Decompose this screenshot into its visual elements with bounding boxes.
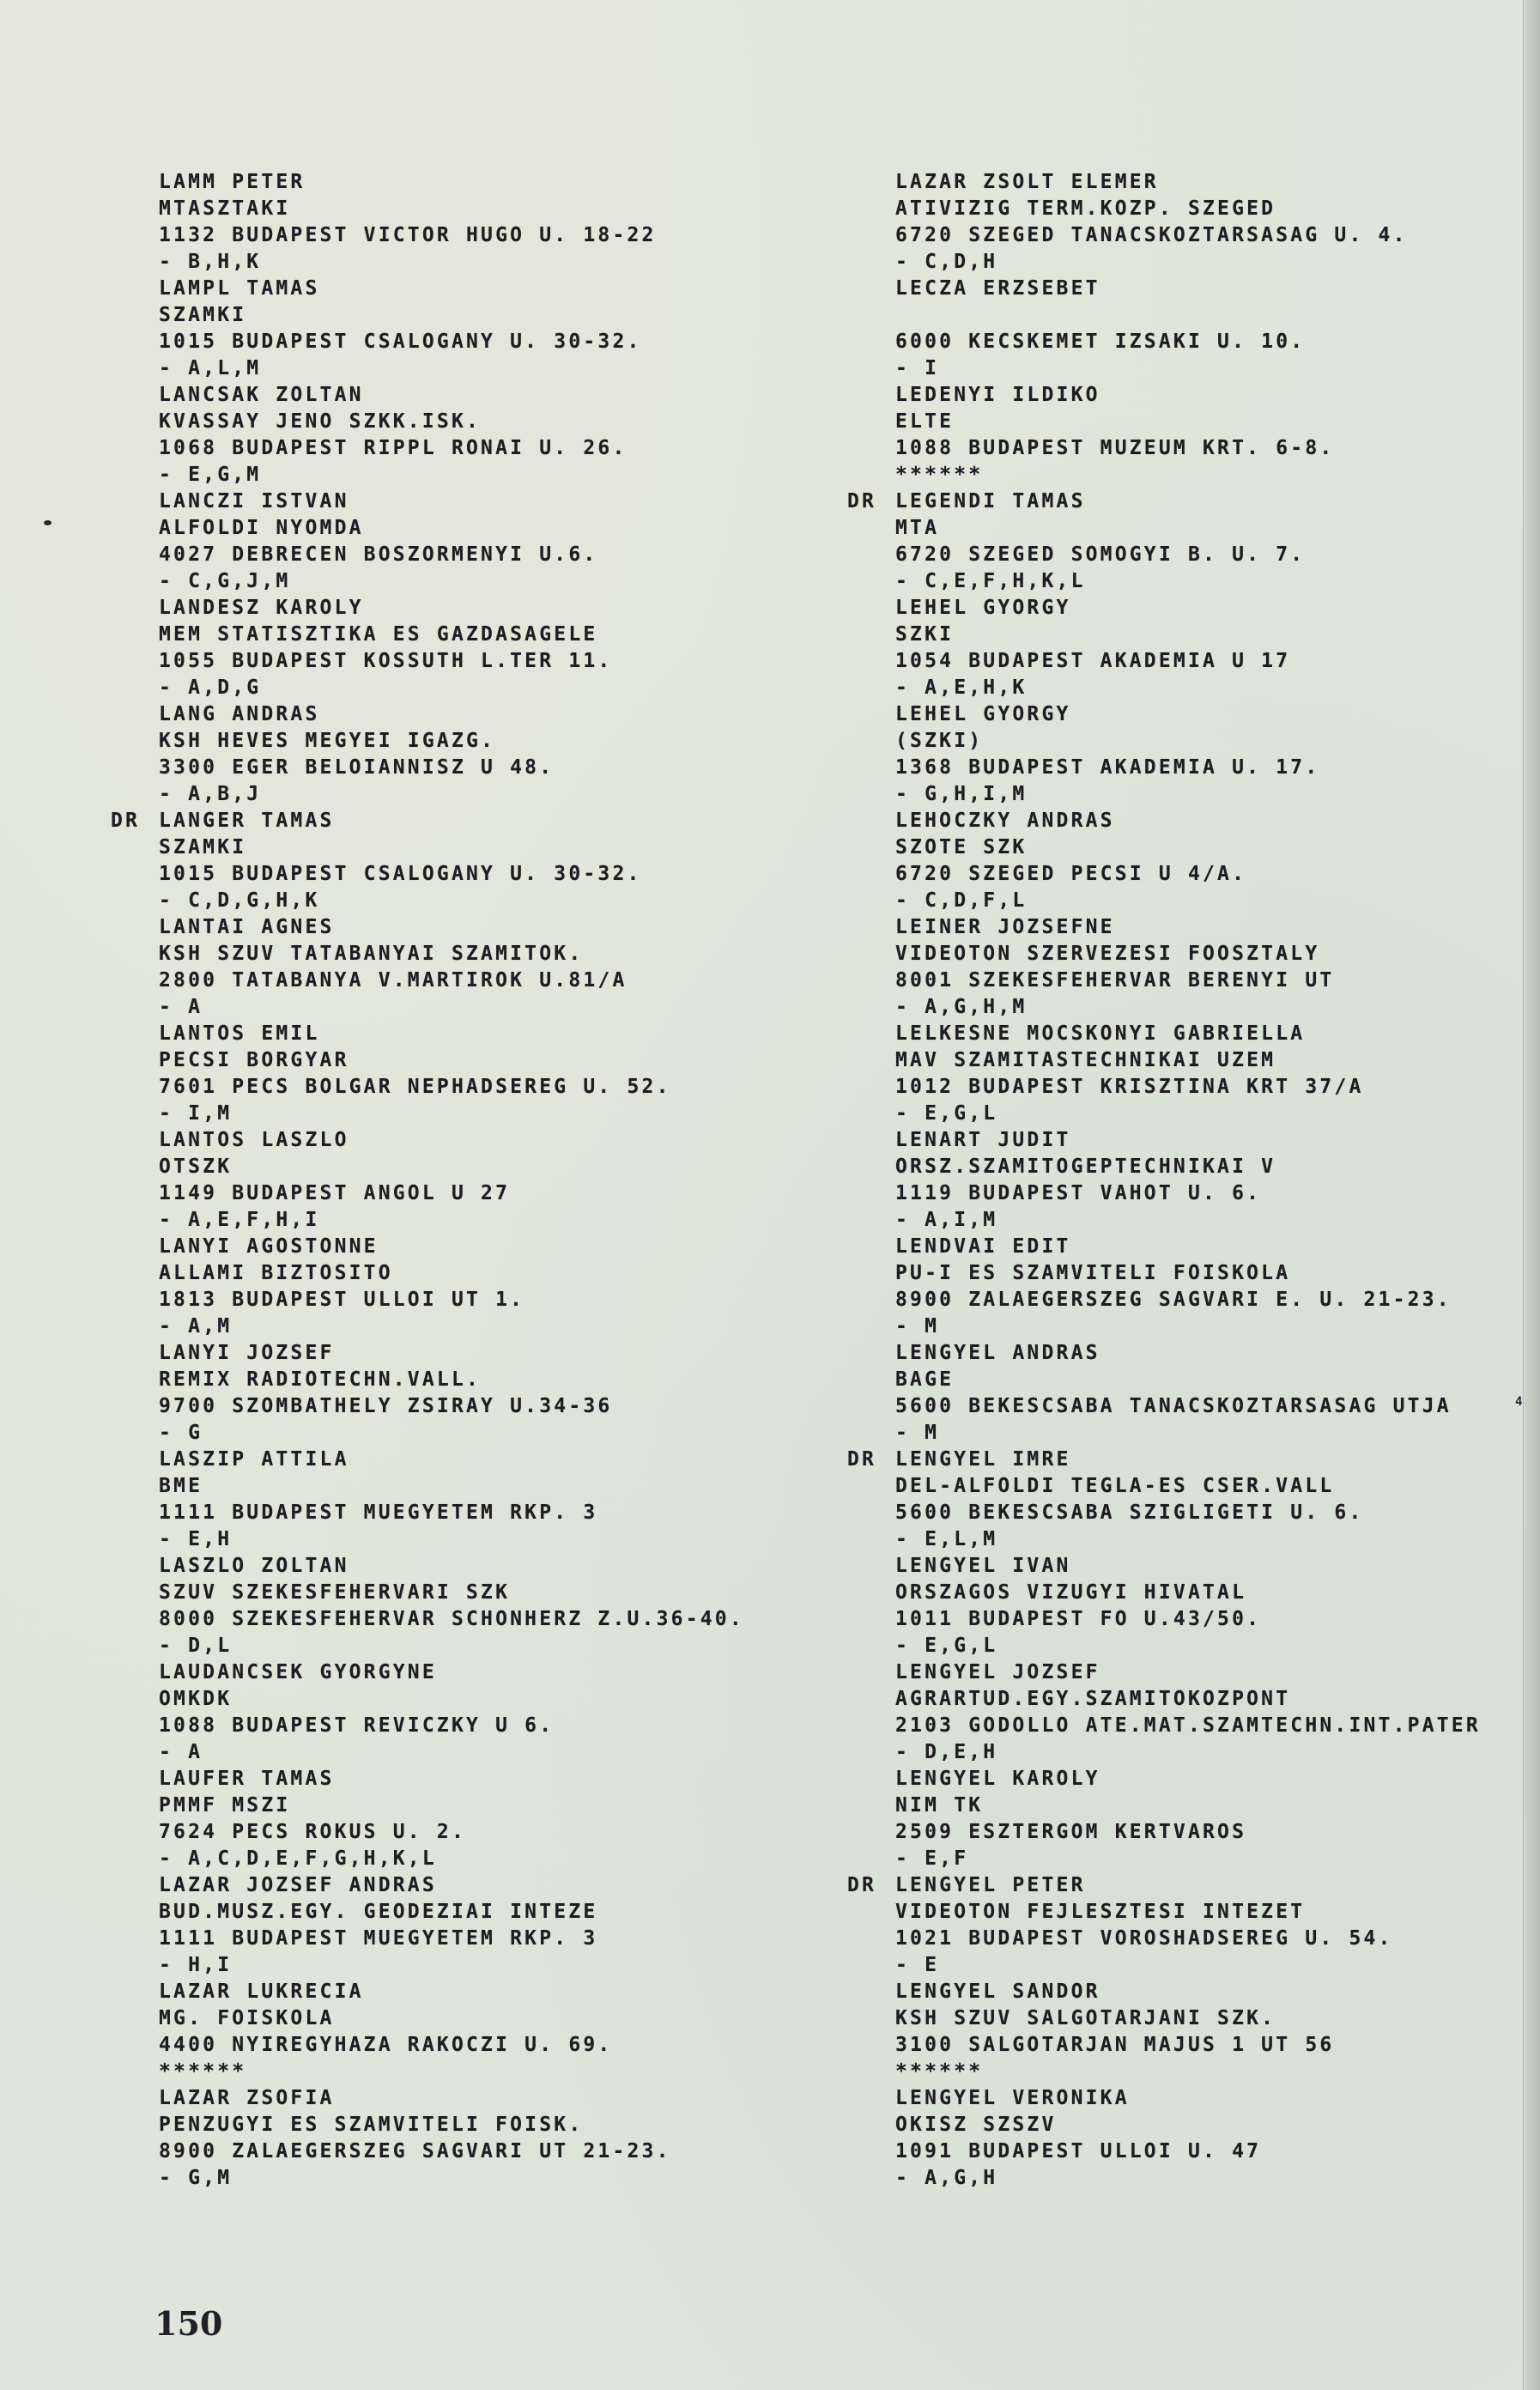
directory-entry: DRLENGYEL IMREDEL-ALFOLDI TEGLA-ES CSER.… (895, 1447, 1481, 1553)
entry-codes: - M (895, 1420, 1481, 1447)
entry-name: LEHEL GYORGY (895, 595, 1481, 622)
entry-name-text: LELKESNE MOCSKONYI GABRIELLA (895, 1022, 1305, 1045)
entry-name: LAMPL TAMAS (159, 276, 744, 302)
entry-organization-text: BME (159, 1475, 203, 1497)
entry-address: 4400 NYIREGYHAZA RAKOCZI U. 69. (159, 2032, 744, 2059)
entry-address-text: 3300 EGER BELOIANNISZ U 48. (159, 756, 554, 779)
entry-codes: - A,L,M (159, 355, 744, 382)
entry-organization (895, 302, 1481, 329)
entry-organization: BAGE (895, 1367, 1481, 1393)
entry-codes: - E,G,L (895, 1101, 1481, 1127)
entry-codes-text: ****** (159, 2060, 246, 2083)
entry-address: 8000 SZEKESFEHERVAR SCHONHERZ Z.U.36-40. (159, 1606, 744, 1633)
entry-address: 6000 KECSKEMET IZSAKI U. 10. (895, 329, 1481, 355)
directory-entry: LAZAR ZSOLT ELEMERATIVIZIG TERM.KOZP. SZ… (895, 169, 1481, 276)
directory-column-left: LAMM PETERMTASZTAKI1132 BUDAPEST VICTOR … (159, 169, 744, 2192)
entry-address: 6720 SZEGED SOMOGYI B. U. 7. (895, 542, 1481, 568)
entry-codes: - A,G,H,M (895, 994, 1481, 1021)
entry-name: LENGYEL IVAN (895, 1553, 1481, 1580)
entry-codes: - C,E,F,H,K,L (895, 568, 1481, 595)
entry-address: 9700 SZOMBATHELY ZSIRAY U.34-36 (159, 1393, 744, 1420)
entry-name-text: LANCSAK ZOLTAN (159, 384, 364, 406)
entry-codes-text: - A,L,M (159, 357, 261, 379)
entry-name: LASZIP ATTILA (159, 1447, 744, 1473)
entry-organization: MAV SZAMITASTECHNIKAI UZEM (895, 1047, 1481, 1074)
entry-organization-text: MAV SZAMITASTECHNIKAI UZEM (895, 1049, 1276, 1071)
entry-organization: SZOTE SZK (895, 834, 1481, 861)
entry-codes: - H,I (159, 1952, 744, 1979)
entry-address-text: 3100 SALGOTARJAN MAJUS 1 UT 56 (895, 2034, 1334, 2056)
entry-address: 8001 SZEKESFEHERVAR BERENYI UT (895, 968, 1481, 994)
entry-organization-text: MG. FOISKOLA (159, 2007, 335, 2029)
entry-organization-text: PU-I ES SZAMVITELI FOISKOLA (895, 1262, 1290, 1284)
entry-organization: MTASZTAKI (159, 196, 744, 222)
entry-organization: BME (159, 1473, 744, 1500)
entry-address-text: 1021 BUDAPEST VOROSHADSEREG U. 54. (895, 1927, 1393, 1950)
entry-name-text: LENGYEL VERONIKA (895, 2087, 1130, 2109)
directory-entry: LANG ANDRASKSH HEVES MEGYEI IGAZG.3300 E… (159, 701, 744, 808)
entry-name: DRLEGENDI TAMAS (895, 488, 1481, 515)
entry-address-text: 1068 BUDAPEST RIPPL RONAI U. 26. (159, 437, 628, 459)
entry-codes: - D,L (159, 1633, 744, 1659)
entry-name-text: LENGYEL IVAN (895, 1555, 1071, 1577)
ink-speck (44, 520, 52, 525)
entry-organization: ORSZAGOS VIZUGYI HIVATAL (895, 1580, 1481, 1606)
entry-codes-text: - A,G,H (895, 2167, 997, 2189)
entry-name-text: LAMM PETER (159, 171, 305, 193)
entry-address: 1015 BUDAPEST CSALOGANY U. 30-32. (159, 329, 744, 355)
entry-organization: KVASSAY JENO SZKK.ISK. (159, 409, 744, 435)
entry-codes-text: - E,G,L (895, 1635, 997, 1657)
entry-organization-text: KSH SZUV SALGOTARJANI SZK. (895, 2007, 1276, 2029)
entry-name: LANTOS EMIL (159, 1021, 744, 1047)
entry-codes-text: - M (895, 1315, 939, 1338)
entry-organization: KSH SZUV SALGOTARJANI SZK. (895, 2005, 1481, 2032)
entry-name-text: LAUDANCSEK GYORGYNE (159, 1661, 437, 1683)
entry-codes-text: - A (159, 1741, 203, 1763)
entry-name-text: LAZAR ZSOFIA (159, 2087, 335, 2109)
directory-entry: DRLENGYEL PETERVIDEOTON FEJLESZTESI INTE… (895, 1872, 1481, 1979)
entry-codes-text: - C,D,G,H,K (159, 889, 320, 912)
directory-entry: LENGYEL JOZSEFAGRARTUD.EGY.SZAMITOKOZPON… (895, 1659, 1481, 1766)
entry-codes: - M (895, 1313, 1481, 1340)
entry-organization-text: OMKDK (159, 1688, 232, 1710)
title-prefix: DR (847, 488, 876, 515)
entry-address: 6720 SZEGED PECSI U 4/A. (895, 861, 1481, 888)
entry-organization: MTA (895, 515, 1481, 542)
entry-name-text: LENART JUDIT (895, 1129, 1071, 1151)
entry-name: LAMM PETER (159, 169, 744, 196)
entry-address: 1091 BUDAPEST ULLOI U. 47 (895, 2138, 1481, 2165)
entry-name: LENGYEL JOZSEF (895, 1659, 1481, 1686)
entry-organization: NIM TK (895, 1793, 1481, 1819)
entry-name: LANCSAK ZOLTAN (159, 382, 744, 409)
directory-entry: LEHOCZKY ANDRASSZOTE SZK6720 SZEGED PECS… (895, 808, 1481, 914)
entry-organization-text: ORSZ.SZAMITOGEPTECHNIKAI V (895, 1156, 1276, 1178)
entry-organization-text: DEL-ALFOLDI TEGLA-ES CSER.VALL (895, 1475, 1334, 1497)
entry-address-text: 7624 PECS ROKUS U. 2. (159, 1821, 466, 1843)
entry-organization: ELTE (895, 409, 1481, 435)
entry-organization-text: BAGE (895, 1368, 954, 1391)
entry-address-text: 1054 BUDAPEST AKADEMIA U 17 (895, 650, 1290, 672)
entry-name-text: LAZAR ZSOLT ELEMER (895, 171, 1159, 193)
entry-codes-text: - A,E,F,H,I (159, 1209, 320, 1231)
entry-address: 6720 SZEGED TANACSKOZTARSASAG U. 4. (895, 222, 1481, 249)
entry-codes: - A,D,G (159, 675, 744, 701)
entry-address-text: 1149 BUDAPEST ANGOL U 27 (159, 1182, 510, 1204)
entry-codes: - E,F (895, 1846, 1481, 1872)
entry-address-text: 4027 DEBRECEN BOSZORMENYI U.6. (159, 543, 597, 566)
entry-address-text: 1055 BUDAPEST KOSSUTH L.TER 11. (159, 650, 612, 672)
entry-organization: OMKDK (159, 1686, 744, 1713)
entry-codes-text: - D,L (159, 1635, 232, 1657)
entry-organization-text: PECSI BORGYAR (159, 1049, 349, 1071)
entry-address: 1088 BUDAPEST MUZEUM KRT. 6-8. (895, 435, 1481, 462)
directory-entry: LENGYEL SANDORKSH SZUV SALGOTARJANI SZK.… (895, 1979, 1481, 2085)
entry-address: 1055 BUDAPEST KOSSUTH L.TER 11. (159, 648, 744, 675)
entry-address-text: 1015 BUDAPEST CSALOGANY U. 30-32. (159, 863, 642, 885)
entry-address-text: 8900 ZALAEGERSZEG SAGVARI E. U. 21-23. (895, 1289, 1452, 1311)
entry-name: DRLENGYEL PETER (895, 1872, 1481, 1899)
entry-name: LENGYEL SANDOR (895, 1979, 1481, 2005)
entry-name-text: LASZIP ATTILA (159, 1448, 349, 1471)
entry-address-text: 6720 SZEGED TANACSKOZTARSASAG U. 4. (895, 224, 1408, 246)
entry-organization-text: REMIX RADIOTECHN.VALL. (159, 1368, 481, 1391)
entry-codes-text: - E,G,M (159, 464, 261, 486)
entry-address: 1011 BUDAPEST FO U.43/50. (895, 1606, 1481, 1633)
entry-address: 2800 TATABANYA V.MARTIROK U.81/A (159, 968, 744, 994)
entry-address-text: 1011 BUDAPEST FO U.43/50. (895, 1608, 1261, 1630)
entry-name-text: LAZAR LUKRECIA (159, 1981, 364, 2003)
entry-organization-text: ORSZAGOS VIZUGYI HIVATAL (895, 1581, 1246, 1604)
entry-codes-text: - A,I,M (895, 1209, 997, 1231)
entry-codes-text: - E (895, 1954, 939, 1976)
entry-organization: SZUV SZEKESFEHERVARI SZK (159, 1580, 744, 1606)
entry-organization: KSH HEVES MEGYEI IGAZG. (159, 728, 744, 755)
directory-entry: LENGYEL KAROLYNIM TK2509 ESZTERGOM KERTV… (895, 1766, 1481, 1872)
entry-codes: - E,G,L (895, 1633, 1481, 1659)
entry-organization: OTSZK (159, 1154, 744, 1180)
entry-codes: - B,H,K (159, 249, 744, 276)
entry-codes-text: - C,D,F,L (895, 889, 1027, 912)
entry-organization-text: OTSZK (159, 1156, 232, 1178)
entry-codes-text: ****** (895, 464, 983, 486)
entry-codes-text: - I (895, 357, 939, 379)
directory-entry: DRLEGENDI TAMASMTA6720 SZEGED SOMOGYI B.… (895, 488, 1481, 595)
entry-organization-text: KSH HEVES MEGYEI IGAZG. (159, 730, 495, 752)
entry-address: 8900 ZALAEGERSZEG SAGVARI E. U. 21-23. (895, 1287, 1481, 1313)
entry-name-text: LAUFER TAMAS (159, 1768, 335, 1790)
directory-entry: LANCSAK ZOLTANKVASSAY JENO SZKK.ISK.1068… (159, 382, 744, 488)
entry-organization: PENZUGYI ES SZAMVITELI FOISK. (159, 2112, 744, 2138)
entry-address: 1088 BUDAPEST REVICZKY U 6. (159, 1713, 744, 1739)
entry-address-text: 6720 SZEGED SOMOGYI B. U. 7. (895, 543, 1305, 566)
entry-codes: - E,L,M (895, 1526, 1481, 1553)
entry-address-text: 6000 KECSKEMET IZSAKI U. 10. (895, 331, 1305, 353)
entry-name-text: LANYI AGOSTONNE (159, 1235, 379, 1258)
entry-codes: - A,M (159, 1313, 744, 1340)
entry-codes-text: ****** (895, 2060, 983, 2083)
entry-name-text: LAMPL TAMAS (159, 277, 320, 300)
entry-address-text: 1091 BUDAPEST ULLOI U. 47 (895, 2140, 1261, 2163)
entry-address-text: 6720 SZEGED PECSI U 4/A. (895, 863, 1246, 885)
entry-organization-text: KVASSAY JENO SZKK.ISK. (159, 410, 481, 433)
entry-codes: ****** (895, 2059, 1481, 2085)
directory-entry: LENGYEL ANDRASBAGE5600 BEKESCSABA TANACS… (895, 1340, 1481, 1447)
document-page: LAMM PETERMTASZTAKI1132 BUDAPEST VICTOR … (0, 0, 1540, 2390)
entry-name-text: LASZLO ZOLTAN (159, 1555, 349, 1577)
entry-organization: SZKI (895, 622, 1481, 648)
entry-address: 1111 BUDAPEST MUEGYETEM RKP. 3 (159, 1500, 744, 1526)
entry-name: LAUDANCSEK GYORGYNE (159, 1659, 744, 1686)
entry-organization-text: MTA (895, 517, 939, 539)
entry-name: LENGYEL VERONIKA (895, 2085, 1481, 2112)
entry-address: 3300 EGER BELOIANNISZ U 48. (159, 755, 744, 781)
page-edge-line (1523, 0, 1524, 2390)
entry-codes-text: - C,E,F,H,K,L (895, 570, 1086, 592)
entry-address: 7601 PECS BOLGAR NEPHADSEREG U. 52. (159, 1074, 744, 1101)
entry-address: 1368 BUDAPEST AKADEMIA U. 17. (895, 755, 1481, 781)
directory-entry: LENGYEL VERONIKAOKISZ SZSZV1091 BUDAPEST… (895, 2085, 1481, 2192)
entry-name-text: LEHEL GYORGY (895, 597, 1071, 619)
entry-organization-text: NIM TK (895, 1794, 983, 1817)
entry-codes-text: - G,M (159, 2167, 232, 2189)
entry-organization-text: AGRARTUD.EGY.SZAMITOKOZPONT (895, 1688, 1290, 1710)
directory-entry: LANYI AGOSTONNEALLAMI BIZTOSITO1813 BUDA… (159, 1234, 744, 1340)
entry-name: LANCZI ISTVAN (159, 488, 744, 515)
directory-entry: LENGYEL IVANORSZAGOS VIZUGYI HIVATAL1011… (895, 1553, 1481, 1659)
entry-address: 4027 DEBRECEN BOSZORMENYI U.6. (159, 542, 744, 568)
entry-codes-text: - E,G,L (895, 1102, 997, 1125)
entry-name: LEINER JOZSEFNE (895, 914, 1481, 941)
entry-address-text: 5600 BEKESCSABA TANACSKOZTARSASAG UTJA (895, 1395, 1452, 1417)
entry-name-text: LENDVAI EDIT (895, 1235, 1071, 1258)
title-prefix: DR (847, 1872, 876, 1899)
entry-organization: DEL-ALFOLDI TEGLA-ES CSER.VALL (895, 1473, 1481, 1500)
entry-address-text: 1015 BUDAPEST CSALOGANY U. 30-32. (159, 331, 642, 353)
directory-entry: LANTOS EMILPECSI BORGYAR7601 PECS BOLGAR… (159, 1021, 744, 1127)
entry-codes: - C,D,F,L (895, 888, 1481, 914)
entry-organization-text: BUD.MUSZ.EGY. GEODEZIAI INTEZE (159, 1901, 597, 1923)
entry-codes: - G,M (159, 2165, 744, 2192)
directory-entry: LELKESNE MOCSKONYI GABRIELLAMAV SZAMITAS… (895, 1021, 1481, 1127)
entry-name-text: LEGENDI TAMAS (895, 490, 1086, 513)
directory-entry: LEINER JOZSEFNEVIDEOTON SZERVEZESI FOOSZ… (895, 914, 1481, 1021)
entry-name: LEDENYI ILDIKO (895, 382, 1481, 409)
entry-codes: - I (895, 355, 1481, 382)
entry-name-text: LANCZI ISTVAN (159, 490, 349, 513)
entry-codes-text: - A,E,H,K (895, 676, 1027, 699)
entry-name: DRLENGYEL IMRE (895, 1447, 1481, 1473)
page-number: 150 (155, 2304, 222, 2343)
adjacent-page-edge (1525, 0, 1540, 2390)
entry-name: LASZLO ZOLTAN (159, 1553, 744, 1580)
entry-organization: BUD.MUSZ.EGY. GEODEZIAI INTEZE (159, 1899, 744, 1926)
directory-entry: LANTAI AGNESKSH SZUV TATABANYAI SZAMITOK… (159, 914, 744, 1021)
entry-name: LAZAR ZSOLT ELEMER (895, 169, 1481, 196)
entry-name-text: LANGER TAMAS (159, 810, 335, 832)
entry-name: LENART JUDIT (895, 1127, 1481, 1154)
entry-codes: - A,I,M (895, 1207, 1481, 1234)
entry-organization-text: OKISZ SZSZV (895, 2114, 1057, 2136)
entry-codes-text: - G,H,I,M (895, 783, 1027, 805)
entry-name: DRLANGER TAMAS (159, 808, 744, 834)
entry-address-text: 2103 GODOLLO ATE.MAT.SZAMTECHN.INT.PATER (895, 1714, 1481, 1737)
entry-name-text: LEHEL GYORGY (895, 703, 1071, 725)
entry-organization-text: ALLAMI BIZTOSITO (159, 1262, 393, 1284)
entry-codes: - A,E,H,K (895, 675, 1481, 701)
entry-address: 1015 BUDAPEST CSALOGANY U. 30-32. (159, 861, 744, 888)
entry-codes-text: - A,D,G (159, 676, 261, 699)
entry-organization: PU-I ES SZAMVITELI FOISKOLA (895, 1260, 1481, 1287)
entry-organization: VIDEOTON FEJLESZTESI INTEZET (895, 1899, 1481, 1926)
entry-organization: ATIVIZIG TERM.KOZP. SZEGED (895, 196, 1481, 222)
entry-codes-text: - M (895, 1422, 939, 1444)
entry-address-text: 1088 BUDAPEST REVICZKY U 6. (159, 1714, 554, 1737)
entry-name: LAZAR LUKRECIA (159, 1979, 744, 2005)
directory-entry: LASZLO ZOLTANSZUV SZEKESFEHERVARI SZK800… (159, 1553, 744, 1659)
entry-organization-text: SZAMKI (159, 836, 246, 858)
directory-entry: LECZA ERZSEBET6000 KECSKEMET IZSAKI U. 1… (895, 276, 1481, 382)
entry-name: LELKESNE MOCSKONYI GABRIELLA (895, 1021, 1481, 1047)
entry-codes: - A,E,F,H,I (159, 1207, 744, 1234)
entry-codes-text: - I,M (159, 1102, 232, 1125)
entry-name-text: LENGYEL JOZSEF (895, 1661, 1100, 1683)
entry-address-text: 9700 SZOMBATHELY ZSIRAY U.34-36 (159, 1395, 612, 1417)
entry-codes: - A (159, 994, 744, 1021)
entry-name: LANDESZ KAROLY (159, 595, 744, 622)
entry-codes: - C,D,H (895, 249, 1481, 276)
entry-address-text: 1088 BUDAPEST MUZEUM KRT. 6-8. (895, 437, 1334, 459)
entry-address: 1132 BUDAPEST VICTOR HUGO U. 18-22 (159, 222, 744, 249)
entry-codes: - C,D,G,H,K (159, 888, 744, 914)
directory-entry: LEHEL GYORGY(SZKI)1368 BUDAPEST AKADEMIA… (895, 701, 1481, 808)
entry-name: LAZAR JOZSEF ANDRAS (159, 1872, 744, 1899)
title-prefix: DR (847, 1447, 876, 1473)
entry-organization: PECSI BORGYAR (159, 1047, 744, 1074)
entry-name: LEHOCZKY ANDRAS (895, 808, 1481, 834)
entry-address: 1054 BUDAPEST AKADEMIA U 17 (895, 648, 1481, 675)
entry-name-text: LEINER JOZSEFNE (895, 916, 1115, 938)
entry-address-text: 8000 SZEKESFEHERVAR SCHONHERZ Z.U.36-40. (159, 1608, 744, 1630)
entry-codes: ****** (159, 2059, 744, 2085)
entry-organization: OKISZ SZSZV (895, 2112, 1481, 2138)
entry-codes-text: - E,L,M (895, 1528, 997, 1550)
entry-name-text: LECZA ERZSEBET (895, 277, 1100, 300)
entry-address-text: 8001 SZEKESFEHERVAR BERENYI UT (895, 969, 1334, 992)
entry-name-text: LANTAI AGNES (159, 916, 335, 938)
entry-name-text: LANTOS LASZLO (159, 1129, 349, 1151)
entry-name-text: LEHOCZKY ANDRAS (895, 810, 1115, 832)
directory-entry: LEDENYI ILDIKOELTE1088 BUDAPEST MUZEUM K… (895, 382, 1481, 488)
entry-address-text: 4400 NYIREGYHAZA RAKOCZI U. 69. (159, 2034, 612, 2056)
entry-codes-text: - E,F (895, 1847, 968, 1870)
entry-name-text: LENGYEL KAROLY (895, 1768, 1100, 1790)
entry-name: LENGYEL ANDRAS (895, 1340, 1481, 1367)
entry-organization: SZAMKI (159, 834, 744, 861)
directory-entry: LANTOS LASZLOOTSZK1149 BUDAPEST ANGOL U … (159, 1127, 744, 1234)
directory-entry: LASZIP ATTILABME1111 BUDAPEST MUEGYETEM … (159, 1447, 744, 1553)
entry-address-text: 2509 ESZTERGOM KERTVAROS (895, 1821, 1246, 1843)
directory-entry: LAZAR ZSOFIAPENZUGYI ES SZAMVITELI FOISK… (159, 2085, 744, 2192)
entry-name: LANYI AGOSTONNE (159, 1234, 744, 1260)
entry-address-text: 1132 BUDAPEST VICTOR HUGO U. 18-22 (159, 224, 657, 246)
directory-column-right: LAZAR ZSOLT ELEMERATIVIZIG TERM.KOZP. SZ… (895, 169, 1481, 2192)
entry-address: 7624 PECS ROKUS U. 2. (159, 1819, 744, 1846)
entry-organization-text: ATIVIZIG TERM.KOZP. SZEGED (895, 197, 1276, 220)
entry-organization-text: SZKI (895, 623, 954, 646)
entry-address: 1119 BUDAPEST VAHOT U. 6. (895, 1180, 1481, 1207)
entry-address: 3100 SALGOTARJAN MAJUS 1 UT 56 (895, 2032, 1481, 2059)
entry-codes: - E,G,M (159, 462, 744, 488)
entry-name: LENGYEL KAROLY (895, 1766, 1481, 1793)
directory-entry: LEHEL GYORGYSZKI1054 BUDAPEST AKADEMIA U… (895, 595, 1481, 701)
entry-address: 8900 ZALAEGERSZEG SAGVARI UT 21-23. (159, 2138, 744, 2165)
directory-entry: LANCZI ISTVANALFOLDI NYOMDA4027 DEBRECEN… (159, 488, 744, 595)
entry-organization: VIDEOTON SZERVEZESI FOOSZTALY (895, 941, 1481, 968)
entry-codes: - E (895, 1952, 1481, 1979)
entry-address-text: 1119 BUDAPEST VAHOT U. 6. (895, 1182, 1261, 1204)
directory-entry: LANYI JOZSEFREMIX RADIOTECHN.VALL.9700 S… (159, 1340, 744, 1447)
entry-address-text: 7601 PECS BOLGAR NEPHADSEREG U. 52. (159, 1076, 671, 1098)
entry-name-text: LANTOS EMIL (159, 1022, 320, 1045)
entry-address: 5600 BEKESCSABA TANACSKOZTARSASAG UTJA (895, 1393, 1481, 1420)
entry-address-text: 5600 BEKESCSABA SZIGLIGETI U. 6. (895, 1501, 1364, 1524)
entry-organization: AGRARTUD.EGY.SZAMITOKOZPONT (895, 1686, 1481, 1713)
entry-organization-text: PMMF MSZI (159, 1794, 290, 1817)
directory-entry: LAMM PETERMTASZTAKI1132 BUDAPEST VICTOR … (159, 169, 744, 276)
entry-codes-text: - H,I (159, 1954, 232, 1976)
directory-entry: LAZAR JOZSEF ANDRASBUD.MUSZ.EGY. GEODEZI… (159, 1872, 744, 1979)
entry-address: 1813 BUDAPEST ULLOI UT 1. (159, 1287, 744, 1313)
entry-organization-text: SZAMKI (159, 304, 246, 326)
entry-codes-text: - C,G,J,M (159, 570, 290, 592)
entry-address: 1149 BUDAPEST ANGOL U 27 (159, 1180, 744, 1207)
entry-codes: - D,E,H (895, 1739, 1481, 1766)
entry-organization: ALFOLDI NYOMDA (159, 515, 744, 542)
entry-codes-text: - E,H (159, 1528, 232, 1550)
entry-codes-text: - A (159, 996, 203, 1018)
entry-name: LANG ANDRAS (159, 701, 744, 728)
entry-codes: - G,H,I,M (895, 781, 1481, 808)
entry-codes: - A,C,D,E,F,G,H,K,L (159, 1846, 744, 1872)
entry-codes-text: - B,H,K (159, 251, 261, 273)
entry-name: LAZAR ZSOFIA (159, 2085, 744, 2112)
directory-entry: LAUDANCSEK GYORGYNEOMKDK1088 BUDAPEST RE… (159, 1659, 744, 1766)
directory-entry: LAMPL TAMASSZAMKI1015 BUDAPEST CSALOGANY… (159, 276, 744, 382)
entry-address-text: 1111 BUDAPEST MUEGYETEM RKP. 3 (159, 1927, 597, 1950)
entry-codes-text: - A,G,H,M (895, 996, 1027, 1018)
entry-organization: KSH SZUV TATABANYAI SZAMITOK. (159, 941, 744, 968)
entry-name-text: LENGYEL PETER (895, 1874, 1086, 1896)
entry-codes-text: - D,E,H (895, 1741, 997, 1763)
entry-codes: - A,B,J (159, 781, 744, 808)
entry-codes: - E,H (159, 1526, 744, 1553)
entry-name-text: LANDESZ KAROLY (159, 597, 364, 619)
entry-organization-text: VIDEOTON FEJLESZTESI INTEZET (895, 1901, 1305, 1923)
entry-codes: - G (159, 1420, 744, 1447)
entry-name: LEHEL GYORGY (895, 701, 1481, 728)
entry-organization: REMIX RADIOTECHN.VALL. (159, 1367, 744, 1393)
entry-codes-text: - A,B,J (159, 783, 261, 805)
entry-organization-text: PENZUGYI ES SZAMVITELI FOISK. (159, 2114, 583, 2136)
entry-name-text: LENGYEL ANDRAS (895, 1342, 1100, 1364)
entry-address: 2509 ESZTERGOM KERTVAROS (895, 1819, 1481, 1846)
margin-overflow-text: 4 (1515, 1395, 1522, 1409)
entry-organization: ALLAMI BIZTOSITO (159, 1260, 744, 1287)
entry-name-text: LANG ANDRAS (159, 703, 320, 725)
directory-entry: LAUFER TAMASPMMF MSZI7624 PECS ROKUS U. … (159, 1766, 744, 1872)
